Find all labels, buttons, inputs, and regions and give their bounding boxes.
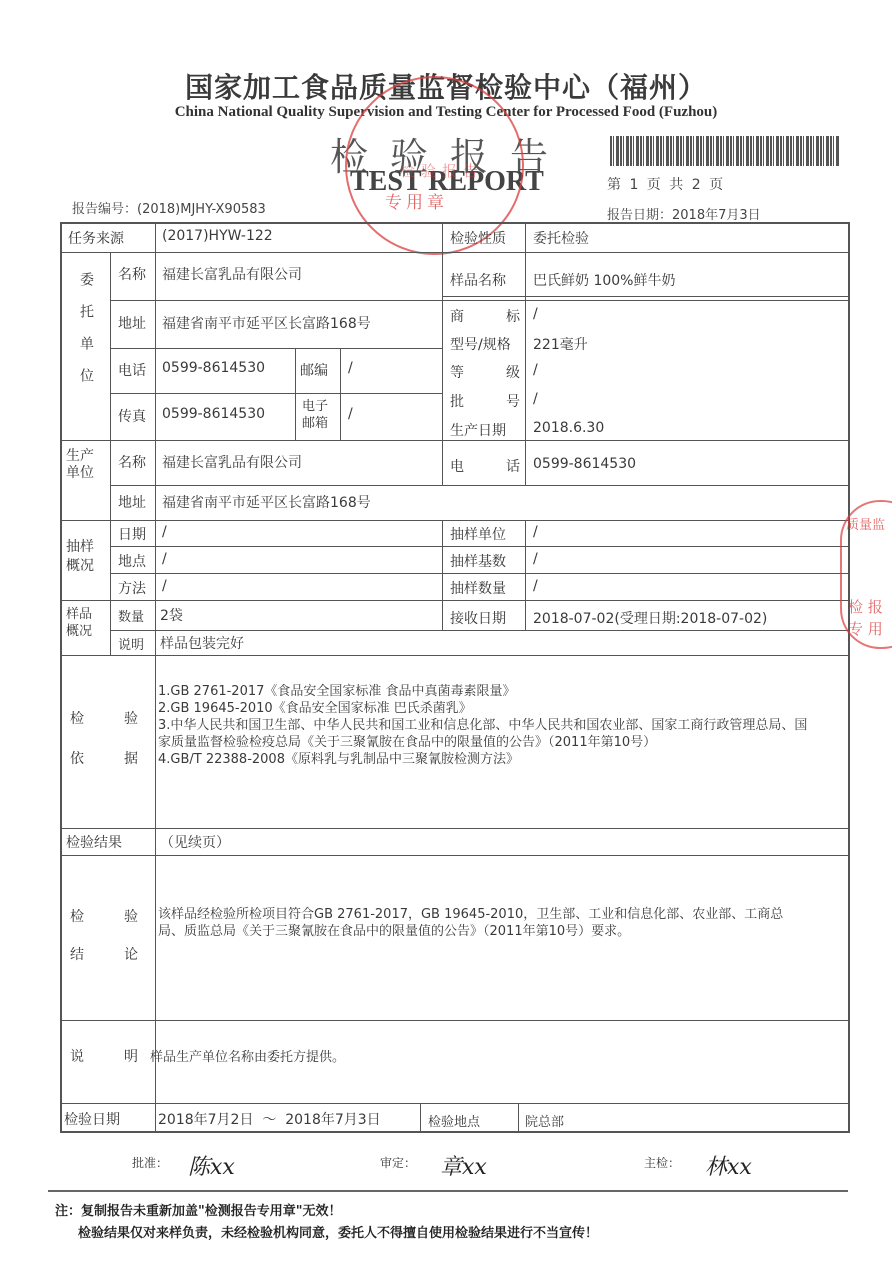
client-email-value: /: [348, 406, 353, 422]
test-date-label: 检验日期: [64, 1109, 120, 1129]
footer-note-usage: 检验结果仅对来样负责，未经检验机构同意，委托人不得擅自使用检验结果进行不当宣传！: [78, 1222, 598, 1241]
report-date: 报告日期：2018年7月3日: [607, 204, 761, 223]
reviewer-signature: 章xx: [440, 1150, 487, 1181]
batch-label: 批号: [450, 391, 520, 411]
basis-item: 1.GB 2761-2017《食品安全国家标准 食品中真菌毒素限量》: [158, 683, 808, 700]
sample-quantity-label: 数量: [118, 606, 144, 625]
task-source-label: 任务来源: [68, 228, 124, 248]
sampling-method-label: 方法: [118, 578, 146, 598]
client-address-value: 福建省南平市延平区长富路168号: [162, 313, 371, 333]
brand-value: /: [533, 306, 538, 322]
reviewer-label: 审定：: [380, 1154, 416, 1171]
test-date-value: 2018年7月2日 ～ 2018年7月3日: [158, 1109, 381, 1129]
producer-phone-label: 电话: [450, 456, 520, 476]
report-date-label: 报告日期：: [607, 208, 672, 223]
producer-name-label: 名称: [118, 452, 146, 472]
client-group-label: 委托单位: [76, 272, 96, 422]
client-name-value: 福建长富乳品有限公司: [162, 264, 302, 284]
producer-group-label: 生产单位: [66, 448, 102, 482]
basis-item: 3.中华人民共和国卫生部、中华人民共和国工业和信息化部、中华人民共和国农业部、国…: [158, 717, 808, 751]
basis-list: 1.GB 2761-2017《食品安全国家标准 食品中真菌毒素限量》 2.GB …: [158, 683, 808, 768]
remarks-label: 说明: [70, 1046, 138, 1066]
client-address-label: 地址: [118, 313, 146, 333]
sampling-date-value: /: [162, 524, 167, 540]
sampling-place-label: 地点: [118, 551, 146, 571]
report-number: 报告编号：(2018)MJHY-X90583: [72, 198, 266, 217]
sample-note-value: 样品包装完好: [160, 633, 244, 653]
sample-note-label: 说明: [118, 634, 144, 653]
result-value: （见续页）: [160, 832, 230, 852]
production-date-label: 生产日期: [450, 420, 506, 440]
client-phone-label: 电话: [118, 360, 146, 380]
basis-item: 2.GB 19645-2010《食品安全国家标准 巴氏杀菌乳》: [158, 700, 808, 717]
producer-phone-value: 0599-8614530: [533, 456, 636, 472]
footer-divider: [48, 1190, 848, 1192]
producer-name-value: 福建长富乳品有限公司: [162, 452, 302, 472]
sample-overview-group-label: 样品概况: [66, 606, 102, 640]
remarks-value: 样品生产单位名称由委托方提供。: [150, 1046, 345, 1065]
spec-value: 221毫升: [533, 334, 588, 354]
footer-note-copy: 注：复制报告未重新加盖"检测报告专用章"无效！: [55, 1200, 342, 1219]
basis-item: 4.GB/T 22388-2008《原料乳与乳制品中三聚氰胺检测方法》: [158, 751, 808, 768]
sampling-quantity-label: 抽样数量: [450, 578, 506, 598]
client-email-label: 电子邮箱: [302, 398, 334, 432]
producer-address-value: 福建省南平市延平区长富路168号: [162, 492, 371, 512]
sampling-method-value: /: [162, 578, 167, 594]
inspection-type-value: 委托检验: [533, 228, 589, 248]
seal-text: 检验报告: [400, 160, 484, 181]
sampling-base-label: 抽样基数: [450, 551, 506, 571]
sampling-unit-value: /: [533, 524, 538, 540]
report-number-label: 报告编号：: [72, 202, 137, 217]
sampling-base-value: /: [533, 551, 538, 567]
approver-label: 批准：: [132, 1154, 168, 1171]
spec-label: 型号/规格: [450, 334, 511, 354]
grade-label: 等级: [450, 362, 520, 382]
report-number-value: (2018)MJHY-X90583: [137, 202, 266, 217]
result-label: 检验结果: [66, 832, 122, 852]
client-fax-value: 0599-8614530: [162, 406, 265, 422]
sampling-place-value: /: [162, 551, 167, 567]
client-phone-value: 0599-8614530: [162, 360, 265, 376]
barcode-icon: [610, 136, 840, 166]
side-seal-text-top: 质量监: [846, 514, 885, 533]
grade-value: /: [533, 362, 538, 378]
batch-value: /: [533, 391, 538, 407]
sampling-quantity-value: /: [533, 578, 538, 594]
page-info: 第 1 页 共 2 页: [607, 174, 725, 194]
received-date-value: 2018-07-02(受理日期:2018-07-02): [533, 608, 767, 628]
side-seal-text-bottom: 检 报 专 用: [848, 596, 883, 640]
inspection-type-label: 检验性质: [450, 228, 506, 248]
test-place-value: 院总部: [525, 1111, 564, 1130]
conclusion-label: 检验: [70, 906, 138, 926]
report-table: [60, 222, 850, 1133]
sampling-date-label: 日期: [118, 524, 146, 544]
sample-name-label: 样品名称: [450, 270, 506, 290]
inspector-label: 主检：: [644, 1154, 680, 1171]
production-date-value: 2018.6.30: [533, 420, 604, 436]
report-date-value: 2018年7月3日: [672, 208, 761, 223]
task-source-value: (2017)HYW-122: [162, 228, 273, 244]
sampling-unit-label: 抽样单位: [450, 524, 506, 544]
sample-name-value: 巴氏鲜奶 100%鲜牛奶: [533, 270, 675, 290]
client-fax-label: 传真: [118, 406, 146, 426]
basis-label-2: 依据: [70, 748, 138, 768]
received-date-label: 接收日期: [450, 608, 506, 628]
client-name-label: 名称: [118, 264, 146, 284]
client-postcode-label: 邮编: [300, 360, 328, 380]
basis-label: 检验: [70, 708, 138, 728]
seal-subtext: 专用章: [385, 188, 448, 213]
client-postcode-value: /: [348, 360, 353, 376]
inspector-signature: 林xx: [705, 1150, 752, 1181]
producer-address-label: 地址: [118, 492, 146, 512]
brand-label: 商标: [450, 306, 520, 326]
approver-signature: 陈xx: [188, 1150, 235, 1181]
conclusion-label-2: 结论: [70, 944, 138, 964]
sampling-group-label: 抽样概况: [66, 538, 102, 576]
conclusion-value: 该样品经检验所检项目符合GB 2761-2017，GB 19645-2010，卫…: [158, 906, 798, 940]
test-place-label: 检验地点: [428, 1111, 480, 1130]
sample-quantity-value: 2袋: [160, 605, 183, 625]
